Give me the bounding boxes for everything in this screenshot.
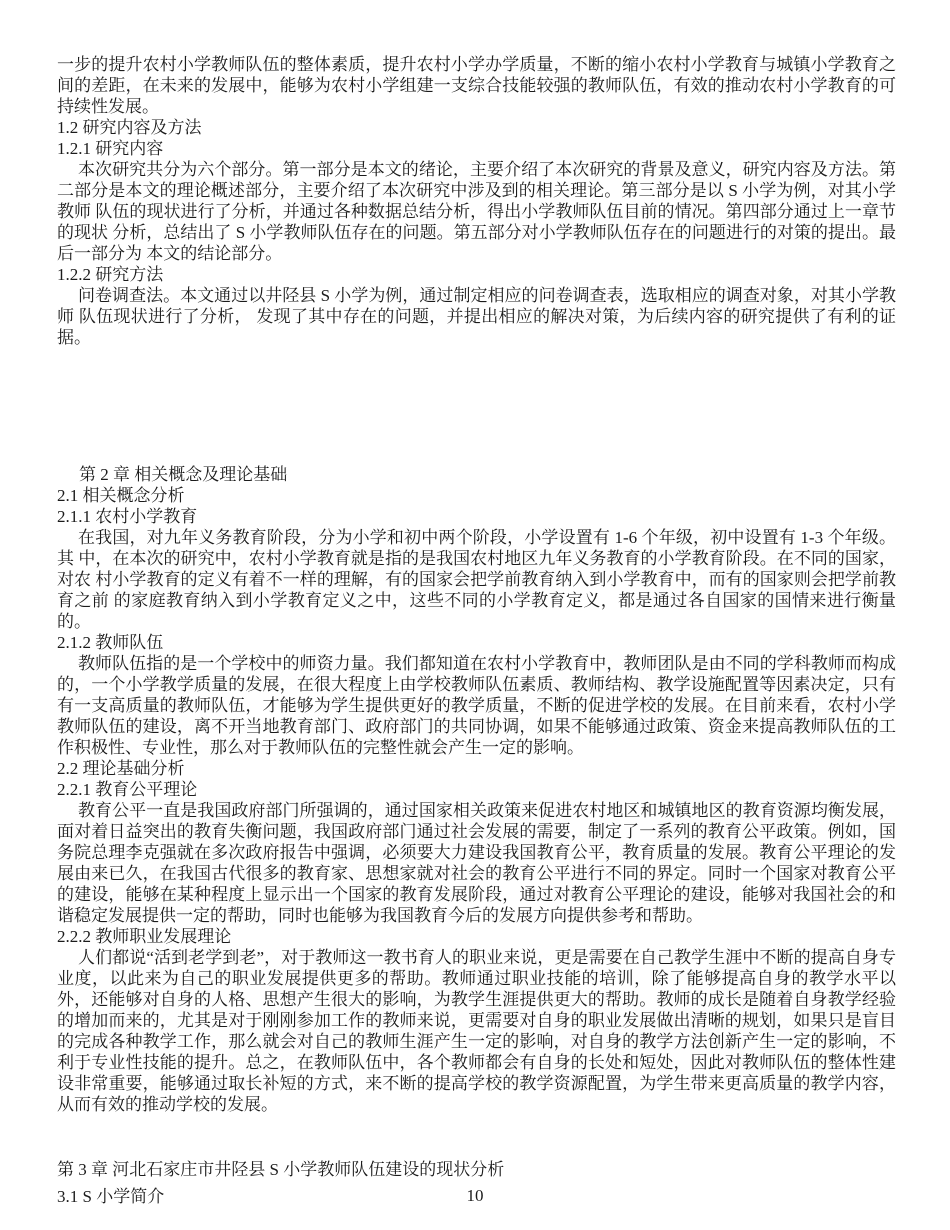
- paragraph-research-content: 本次研究共分为六个部分。第一部分是本文的绪论，主要介绍了本次研究的背景及意义，研…: [57, 159, 896, 264]
- heading-2-1: 2.1 相关概念分析: [57, 485, 896, 506]
- heading-2-2-2: 2.2.2 教师职业发展理论: [57, 926, 896, 947]
- heading-2-2-1: 2.2.1 教育公平理论: [57, 779, 896, 800]
- heading-2-1-2: 2.1.2 教师队伍: [57, 632, 896, 653]
- paragraph-continuation-1-1: 一步的提升农村小学教师队伍的整体素质，提升农村小学办学质量，不断的缩小农村小学教…: [57, 54, 896, 117]
- heading-1-2-2: 1.2.2 研究方法: [57, 264, 896, 285]
- document-body: 一步的提升农村小学教师队伍的整体素质，提升农村小学办学质量，不断的缩小农村小学教…: [57, 54, 896, 1207]
- spacer: [57, 348, 896, 464]
- paragraph-research-method: 问卷调查法。本文通过以井陉县 S 小学为例，通过制定相应的问卷调查表，选取相应的…: [57, 285, 896, 348]
- spacer: [57, 1115, 896, 1159]
- heading-chapter-2: 第 2 章 相关概念及理论基础: [57, 464, 896, 485]
- heading-1-2-1: 1.2.1 研究内容: [57, 138, 896, 159]
- paragraph-education-equity: 教育公平一直是我国政府部门所强调的，通过国家相关政策来促进农村地区和城镇地区的教…: [57, 800, 896, 926]
- heading-2-1-1: 2.1.1 农村小学教育: [57, 506, 896, 527]
- paragraph-teacher-career-development: 人们都说“活到老学到老”，对于教师这一教书育人的职业来说，更是需要在自己教学生涯…: [57, 947, 896, 1115]
- paragraph-teacher-team: 教师队伍指的是一个学校中的师资力量。我们都知道在农村小学教育中，教师团队是由不同…: [57, 653, 896, 758]
- page-number: 10: [0, 1186, 950, 1206]
- heading-2-2: 2.2 理论基础分析: [57, 758, 896, 779]
- heading-chapter-3: 第 3 章 河北石家庄市井陉县 S 小学教师队伍建设的现状分析: [57, 1159, 896, 1180]
- paragraph-rural-primary-education: 在我国，对九年义务教育阶段，分为小学和初中两个阶段，小学设置有 1-6 个年级，…: [57, 527, 896, 632]
- heading-1-2: 1.2 研究内容及方法: [57, 117, 896, 138]
